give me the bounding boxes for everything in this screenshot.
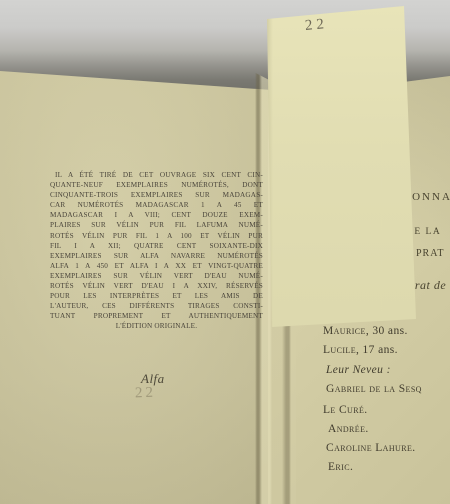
cast-name: Lucile <box>323 344 356 356</box>
cast-name: Gabriel de la Sesq <box>326 383 422 395</box>
limitation-line: L'ÉDITION ORIGINALE. <box>50 321 263 331</box>
limitation-line: ALFA 1 A 450 ET ALFA I A XX ET VINGT-QUA… <box>50 261 263 271</box>
limitation-line: ROTÉS VÉLIN PUR FIL 1 A 100 ET VÉLIN PUR <box>50 231 263 241</box>
cast-entry: Maurice, 30 ans. <box>323 325 408 337</box>
cast-name: Le Curé. <box>323 404 368 416</box>
cast-detail: , 30 ans. <box>366 325 408 337</box>
bookmark-number-stamp: 22 <box>304 16 328 35</box>
cast-entry: Eric. <box>328 461 353 473</box>
right-page-fragment: PRAT <box>416 248 444 259</box>
limitation-line: POUR LES INTERPRÈTES ET LES AMIS DE <box>50 291 263 301</box>
cast-entry: Lucile, 17 ans. <box>323 344 398 356</box>
cast-name: Eric. <box>328 461 353 473</box>
cast-detail: , 17 ans. <box>356 344 398 356</box>
cast-name: Caroline Lahure. <box>326 442 416 454</box>
cast-entry: Andrée. <box>328 423 369 435</box>
open-book-photo: IL A ÉTÉ TIRÉ DE CET OUVRAGE SIX CENT CI… <box>0 0 450 504</box>
limitation-line: EXEMPLAIRES SUR ALFA NAVARRE NUMÉROTÉS <box>50 251 263 261</box>
limitation-line: PLAIRES SUR VÉLIN PUR FIL LAFUMA NUMÉ- <box>50 220 263 230</box>
cast-role-label: Leur Neveu : <box>326 364 391 376</box>
limitation-line: L'AUTEUR, CES DIFFÉRENTS TIRAGES CONSTI- <box>50 301 263 311</box>
cast-name: Maurice <box>323 325 366 337</box>
limitation-line: IL A ÉTÉ TIRÉ DE CET OUVRAGE SIX CENT CI… <box>50 170 263 180</box>
limitation-line: ROTÉS VÉLIN VERT D'EAU I A XXIV, RÉSERVÉ… <box>50 281 263 291</box>
cast-name: Andrée. <box>328 423 369 435</box>
limitation-line: EXEMPLAIRES SUR VÉLIN VERT D'EAU NUMÉ- <box>50 271 263 281</box>
cast-entry: Le Curé. <box>323 404 368 416</box>
copy-number-stamp: 22 <box>135 385 157 403</box>
limitation-line: MADAGASCAR I A VIII; CENT DOUZE EXEM- <box>50 210 263 220</box>
limitation-line: CINQUANTE-TROIS EXEMPLAIRES SUR MADAGAS- <box>50 190 263 200</box>
limitation-line: FIL I A XII; QUATRE CENT SOIXANTE-DIX <box>50 241 263 251</box>
limitation-line: TUANT PROPREMENT ET AUTHENTIQUEMENT <box>50 311 263 321</box>
cast-entry: Leur Neveu : <box>326 364 391 376</box>
limitation-line: CAR NUMÉROTÉS MADAGASCAR 1 A 45 ET <box>50 200 263 210</box>
cast-entry: Gabriel de la Sesq <box>326 383 422 395</box>
limitation-text-block: IL A ÉTÉ TIRÉ DE CET OUVRAGE SIX CENT CI… <box>50 170 263 332</box>
cast-entry: Caroline Lahure. <box>326 442 416 454</box>
limitation-line: QUANTE-NEUF EXEMPLAIRES NUMÉROTÉS, DONT <box>50 180 263 190</box>
